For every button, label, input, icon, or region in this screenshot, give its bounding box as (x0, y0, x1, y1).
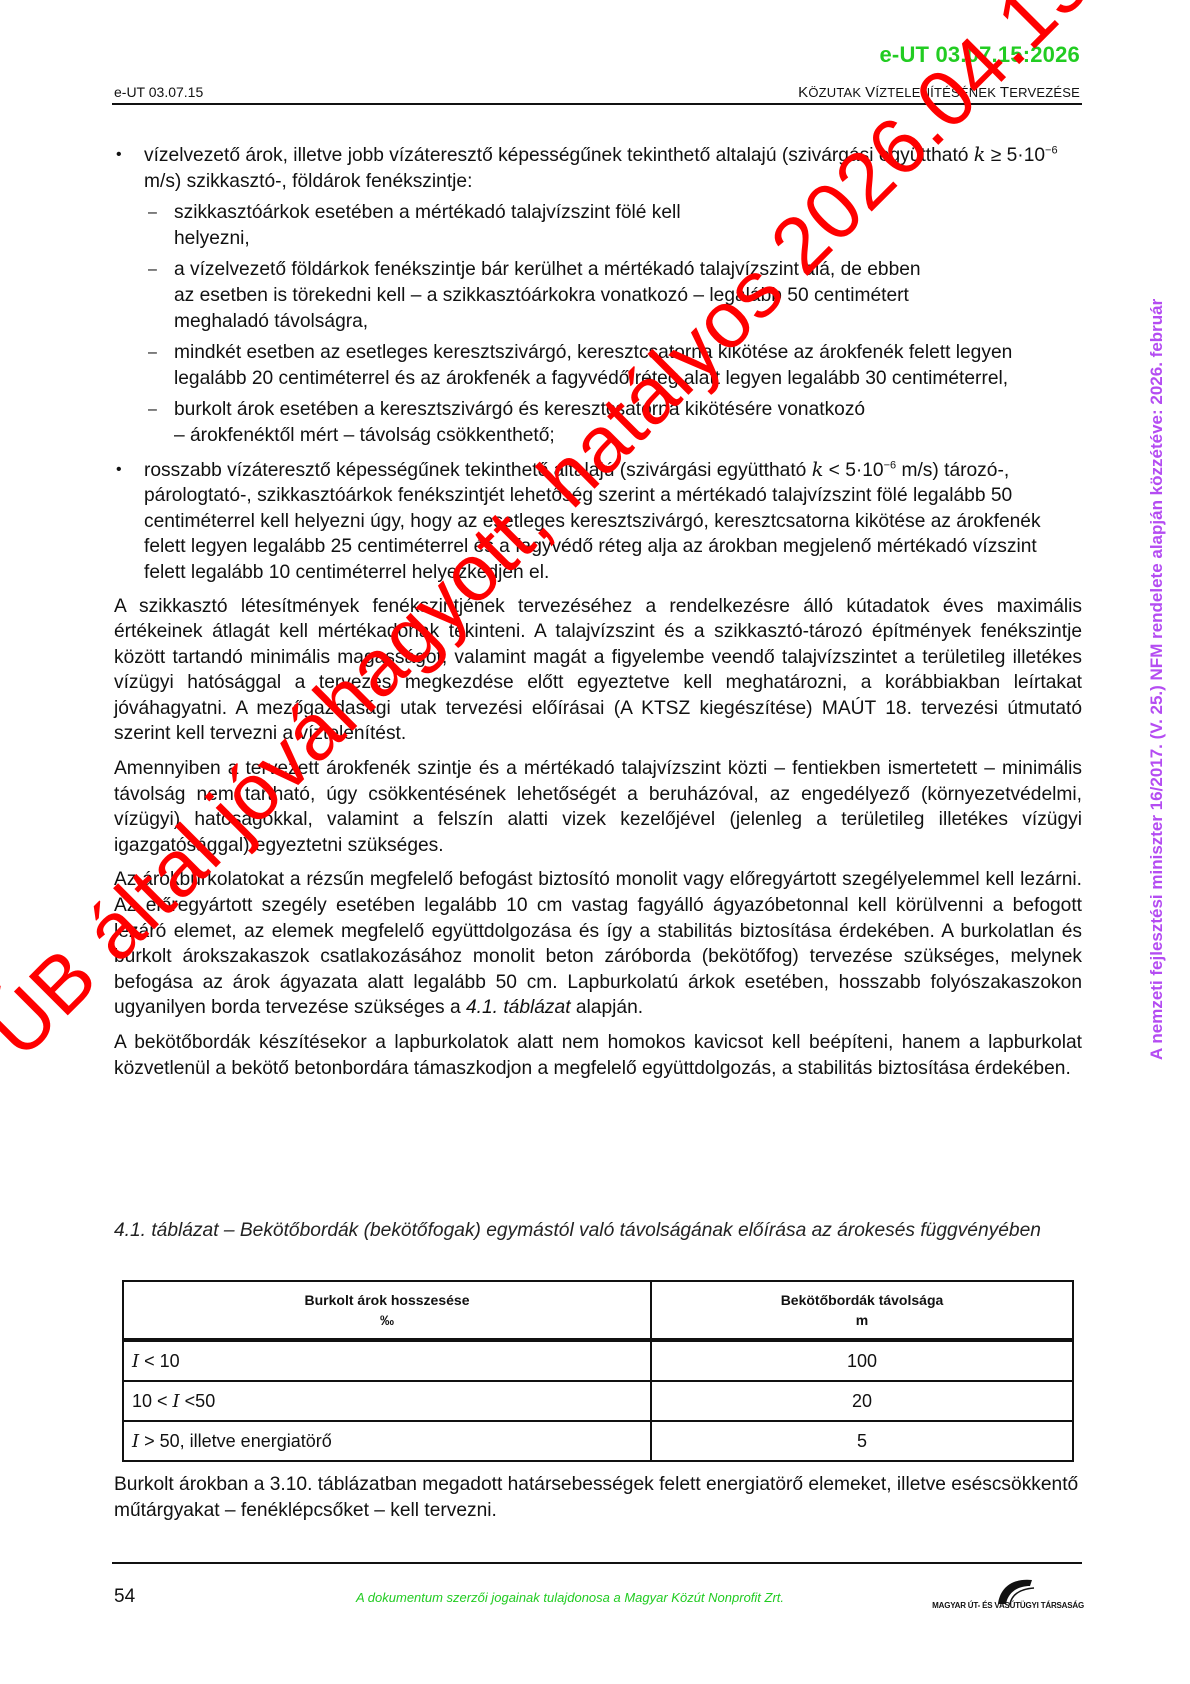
dash-item: –a vízelvezető földárkok fenékszintje bá… (144, 257, 1082, 334)
bullet-text: ≥ 5·10 (985, 145, 1045, 166)
document-body: • vízelvezető árok, illetve jobb vízáter… (114, 142, 1082, 1090)
dash-icon: – (148, 340, 157, 366)
standard-code: e-UT 03.07.15:2026 (879, 42, 1080, 68)
table-reference: 4.1. táblázat (466, 997, 571, 1018)
bullet-text: < 5·10 (823, 460, 883, 481)
header-chapter-title-part: ÍZTELENÍTÉSÉNEK (875, 85, 1000, 100)
paragraph-text: alapján. (571, 997, 644, 1018)
slope-cell: 10 < I <50 (123, 1381, 651, 1421)
column-header-distance: Bekötőbordák távolságam (651, 1281, 1073, 1340)
header-chapter-title-part: K (798, 84, 808, 101)
header-divider (112, 103, 1082, 105)
bullet-text: rosszabb vízáteresztő képességűnek tekin… (144, 460, 812, 481)
variable-k: k (812, 458, 824, 481)
slope-cell: I > 50, illetve energiatörő (123, 1421, 651, 1461)
dash-text: szikkasztóárkok esetében a mértékadó tal… (174, 200, 694, 251)
bullet-item: • vízelvezető árok, illetve jobb vízáter… (114, 142, 1082, 449)
publication-side-note: A nemzeti fejlesztési miniszter 16/2017.… (1147, 299, 1167, 1060)
table-header-row: Burkolt árok hosszesése‰ Bekötőbordák tá… (123, 1281, 1073, 1340)
header-chapter-title: KÖZUTAK VÍZTELENÍTÉSÉNEK TERVEZÉSE (798, 84, 1080, 101)
society-logo: MAGYAR ÚT- ÉS VASÚTÜGYI TÁRSASÁG (934, 1574, 1084, 1614)
dash-icon: – (148, 257, 157, 283)
column-header-unit: ‰ (380, 1312, 394, 1328)
dash-text: mindkét esetben az esetleges keresztsziv… (174, 340, 1074, 391)
bullet-icon: • (116, 142, 122, 168)
slope-text: <50 (180, 1391, 216, 1411)
copyright-notice: A dokumentum szerzői jogainak tulajdonos… (356, 1590, 784, 1605)
slope-cell: I < 10 (123, 1340, 651, 1381)
table-row: I > 50, illetve energiatörő 5 (123, 1421, 1073, 1461)
dash-icon: – (148, 200, 157, 226)
page-number: 54 (114, 1586, 135, 1608)
header-chapter-title-part: T (1000, 84, 1009, 101)
footer-divider (112, 1562, 1082, 1564)
dash-item: –mindkét esetben az esetleges keresztszi… (144, 340, 1082, 391)
dash-text: a vízelvezető földárkok fenékszintje bár… (174, 257, 934, 334)
exponent: −6 (884, 459, 897, 471)
logo-text: MAGYAR ÚT- ÉS VASÚTÜGYI TÁRSASÁG (932, 1601, 1084, 1610)
paragraph: A szikkasztó létesítmények fenékszintjén… (114, 594, 1082, 748)
distance-cell: 5 (651, 1421, 1073, 1461)
exponent: −6 (1045, 145, 1058, 157)
paragraph: A bekötőbordák készítésekor a lapburkola… (114, 1030, 1082, 1081)
column-header-title: Burkolt árok hosszesése (305, 1292, 470, 1308)
header-chapter-title-part: V (865, 84, 875, 101)
column-header-slope: Burkolt árok hosszesése‰ (123, 1281, 651, 1340)
column-header-title: Bekötőbordák távolsága (781, 1292, 944, 1308)
dash-text: burkolt árok esetében a keresztszivárgó … (174, 397, 874, 448)
table-caption: 4.1. táblázat – Bekötőbordák (bekötőfoga… (114, 1218, 1074, 1243)
table-row: 10 < I <50 20 (123, 1381, 1073, 1421)
bullet-item: • rosszabb vízáteresztő képességűnek tek… (114, 457, 1074, 586)
closing-paragraph: Burkolt árokban a 3.10. táblázatban mega… (114, 1472, 1082, 1523)
column-header-unit: m (856, 1312, 868, 1328)
slope-text: 10 < (132, 1391, 173, 1411)
slope-text: < 10 (139, 1351, 180, 1371)
distance-cell: 100 (651, 1340, 1073, 1381)
bullet-text: vízelvezető árok, illetve jobb vízáteres… (144, 145, 974, 166)
paragraph: Az árokburkolatokat a rézsűn megfelelő b… (114, 867, 1082, 1021)
variable-k: k (974, 143, 986, 166)
header-chapter-title-part: ERVEZÉSE (1009, 85, 1080, 100)
rib-spacing-table: Burkolt árok hosszesése‰ Bekötőbordák tá… (122, 1280, 1074, 1462)
distance-cell: 20 (651, 1381, 1073, 1421)
header-chapter-title-part: ÖZUTAK (808, 85, 865, 100)
slope-text: > 50, illetve energiatörő (139, 1431, 332, 1451)
dash-item: –burkolt árok esetében a keresztszivárgó… (144, 397, 1082, 448)
paragraph: Amennyiben a tervezett árokfenék szintje… (114, 756, 1082, 858)
variable-i: I (173, 1391, 180, 1412)
bullet-icon: • (116, 457, 122, 483)
dash-item: –szikkasztóárkok esetében a mértékadó ta… (144, 200, 1082, 251)
table-row: I < 10 100 (123, 1340, 1073, 1381)
header-doc-id: e-UT 03.07.15 (114, 84, 203, 100)
bullet-text: m/s) szikkasztó-, földárok fenékszintje: (144, 171, 472, 192)
dash-icon: – (148, 397, 157, 423)
